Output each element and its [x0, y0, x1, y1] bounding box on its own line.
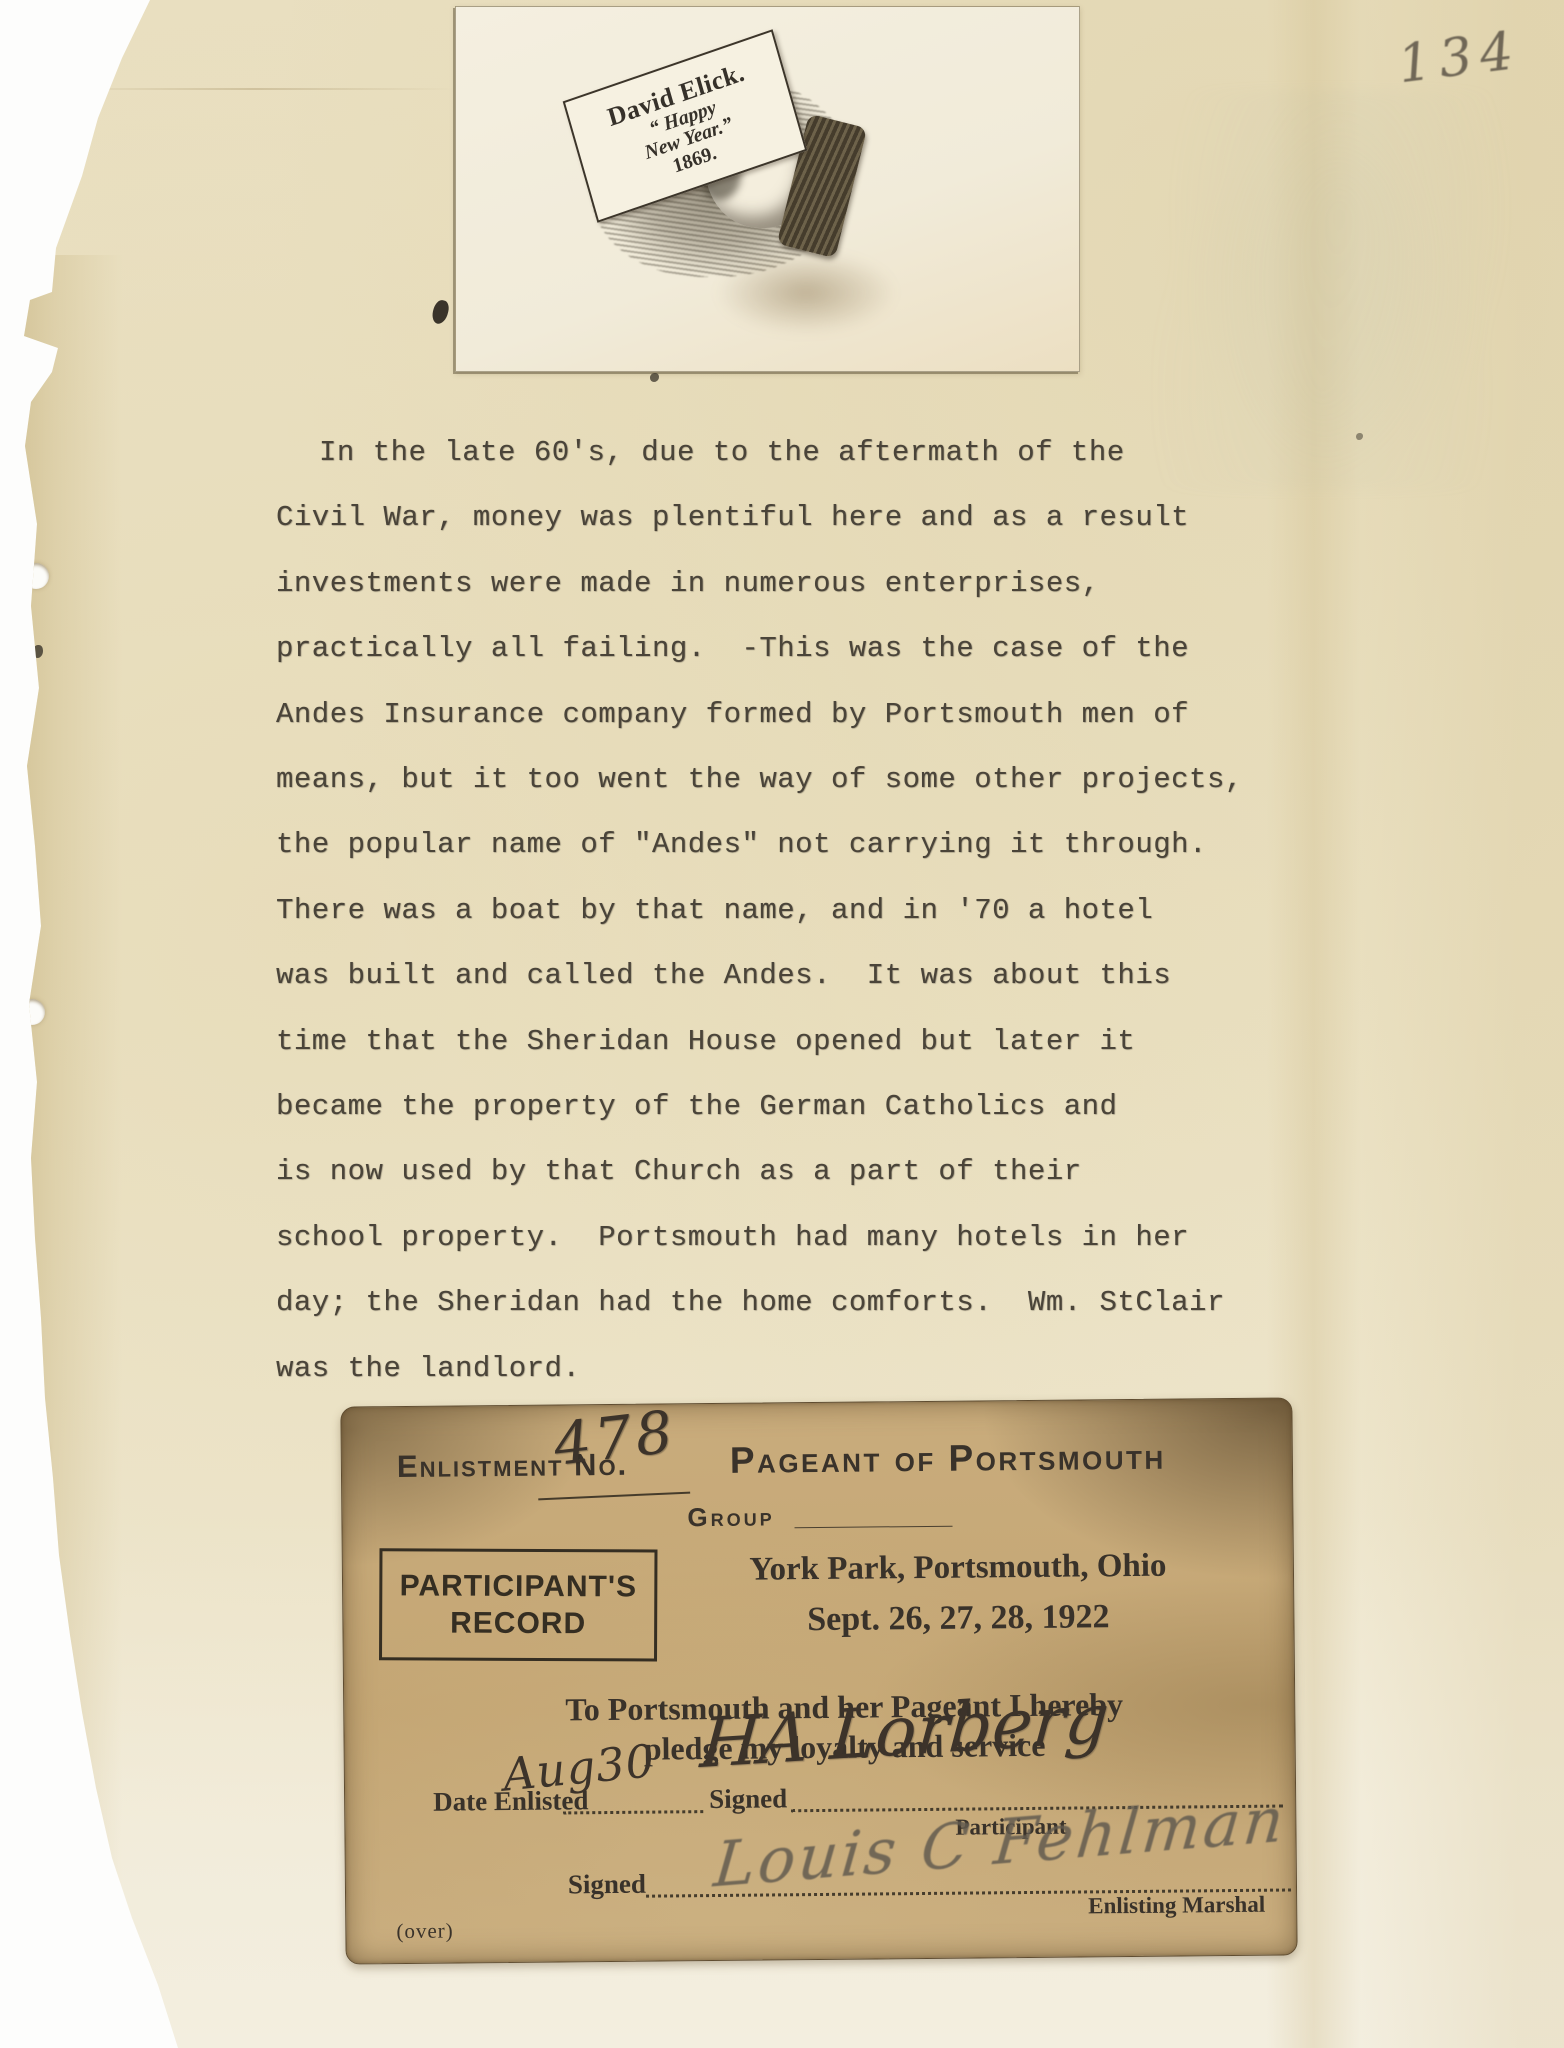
typed-line: There was a boat by that name, and in '7… [276, 878, 1243, 943]
torn-edge-shading [0, 255, 122, 2048]
group-blank-line [795, 1526, 953, 1529]
typed-line: In the late 60's, due to the aftermath o… [276, 420, 1243, 485]
typed-line: was built and called the Andes. It was a… [276, 943, 1243, 1008]
venue-text: York Park, Portsmouth, Ohio [723, 1549, 1193, 1587]
date-enlisted-dotted-line [563, 1810, 703, 1814]
group-label: Group [687, 1503, 774, 1530]
typed-line: means, but it too went the way of some o… [276, 747, 1243, 812]
participants-record-box: Participant's Record [379, 1548, 657, 1661]
marshal-caption: Enlisting Marshal [1088, 1893, 1265, 1918]
paper-crease [55, 88, 455, 90]
record-box-line2: Record [382, 1604, 654, 1643]
typed-line: day; the Sheridan had the home comforts.… [276, 1270, 1243, 1335]
record-box-line1: Participant's [382, 1567, 654, 1606]
pasted-illustration-panel: David Elick. “ Happy New Year.” 1869. [455, 6, 1080, 372]
event-dates: Sept. 26, 27, 28, 1922 [723, 1599, 1193, 1638]
signed-label-participant: Signed [709, 1785, 787, 1813]
typed-line: school property. Portsmouth had many hot… [276, 1205, 1243, 1270]
ink-speck [22, 1503, 43, 1530]
typed-line: investments were made in numerous enterp… [276, 551, 1243, 616]
over-note: (over) [396, 1921, 454, 1943]
scanned-scrapbook-page: 134 David Elick. “ Happy New Year.” 1869… [0, 0, 1564, 2048]
ink-smudge-stain [681, 235, 931, 350]
marshal-signature-handwritten: Louis C Fehlman [711, 1782, 1290, 1901]
typed-line: practically all failing. -This was the c… [276, 616, 1243, 681]
punch-hole [19, 999, 45, 1025]
signed-label-marshal: Signed [568, 1871, 646, 1899]
handwritten-page-number: 134 [1395, 25, 1524, 92]
typed-line: the popular name of "Andes" not carrying… [276, 812, 1243, 877]
ink-blot [431, 299, 451, 326]
pageant-title: Pageant of Portsmouth [730, 1438, 1166, 1479]
paper-sheet: 134 David Elick. “ Happy New Year.” 1869… [0, 0, 1564, 2048]
typed-line: became the property of the German Cathol… [276, 1074, 1243, 1139]
typed-line: time that the Sheridan House opened but … [276, 1009, 1243, 1074]
typed-line: is now used by that Church as a part of … [276, 1139, 1243, 1204]
typed-paragraph: In the late 60's, due to the aftermath o… [276, 420, 1243, 1401]
enlistment-card: Enlistment No. 478 Pageant of Portsmouth… [340, 1397, 1297, 1964]
punch-hole [23, 563, 49, 589]
typed-line: was the landlord. [276, 1336, 1243, 1401]
typed-line: Civil War, money was plentiful here and … [276, 485, 1243, 550]
ink-speck [650, 373, 659, 382]
enlistment-number-blank-line [538, 1492, 690, 1501]
typed-line: Andes Insurance company formed by Portsm… [276, 682, 1243, 747]
punch-hole [22, 1437, 48, 1463]
enlistment-number-handwritten: 478 [551, 1402, 680, 1474]
